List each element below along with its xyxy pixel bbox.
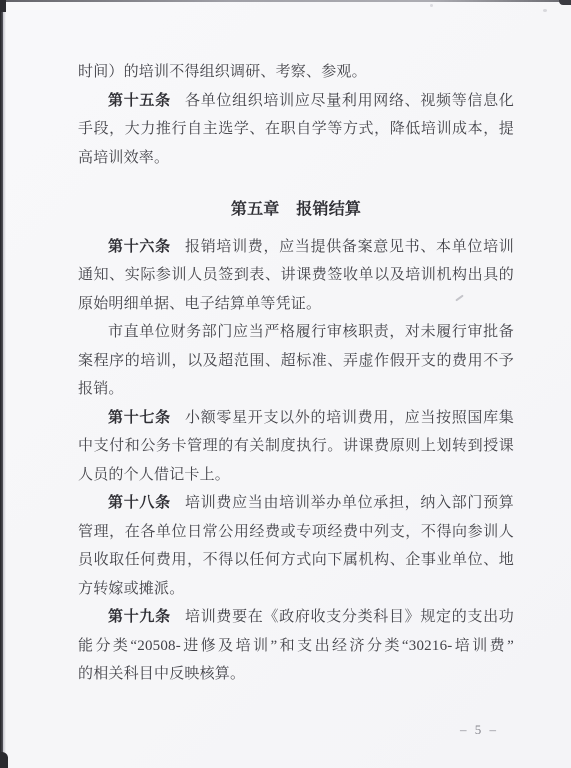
clause-number: 第十六条 xyxy=(108,239,171,255)
scan-artifact xyxy=(430,4,433,7)
text-line: 人员的个人借记卡上。 xyxy=(78,461,514,490)
text-line: 第十五条各单位组织培训应尽量利用网络、视频等信息化 xyxy=(78,87,514,116)
clause-number: 第十九条 xyxy=(108,609,171,625)
text-line: 市直单位财务部门应当严格履行审核职责，对未履行审批备 xyxy=(78,318,514,347)
line-text: 报销培训费，应当提供备案意见书、本单位培训 xyxy=(185,239,514,255)
line-text: 培训费应当由培训举办单位承担，纳入部门预算 xyxy=(185,495,514,511)
text-line: 第十七条小额零星开支以外的培训费用，应当按照国库集 xyxy=(78,404,514,433)
page-number: – 5 – xyxy=(460,722,499,738)
text-line: 时间）的培训不得组织调研、考察、参观。 xyxy=(78,58,514,87)
text-line: 员收取任何费用，不得以任何方式向下属机构、企事业单位、地 xyxy=(78,546,514,575)
text-line: 第十九条培训费要在《政府收支分类科目》规定的支出功 xyxy=(78,603,514,632)
scan-left-edge-shadow xyxy=(3,0,6,768)
scan-top-left-corner-mark xyxy=(0,0,6,12)
line-text: 培训费要在《政府收支分类科目》规定的支出功 xyxy=(185,609,514,625)
text-line: 案程序的培训，以及超范围、超标准、弄虚作假开支的费用不予 xyxy=(78,347,514,376)
scan-top-edge xyxy=(0,0,571,2)
text-line: 高培训效率。 xyxy=(78,144,514,173)
text-line: 能分类“20508-进修及培训”和支出经济分类“30216-培训费” xyxy=(78,632,514,661)
document-body: 时间）的培训不得组织调研、考察、参观。第十五条各单位组织培训应尽量利用网络、视频… xyxy=(78,58,514,689)
text-line: 中支付和公务卡管理的有关制度执行。讲课费原则上划转到授课 xyxy=(78,432,514,461)
text-line: 方转嫁或摊派。 xyxy=(78,575,514,604)
chapter-heading: 第五章报销结算 xyxy=(78,196,514,225)
chapter-number: 第五章 xyxy=(231,201,280,218)
line-text: 报销结算 xyxy=(296,201,361,218)
line-text: 小额零星开支以外的培训费用，应当按照国库集 xyxy=(185,410,514,426)
scan-top-right-corner-mark xyxy=(559,0,571,5)
clause-number: 第十七条 xyxy=(108,410,171,426)
clause-number: 第十八条 xyxy=(108,495,171,511)
text-line: 管理，在各单位日常公用经费或专项经费中列支，不得向参训人 xyxy=(78,518,514,547)
scan-bottom-left-mark xyxy=(0,752,8,768)
text-line: 通知、实际参训人员签到表、讲课费签收单以及培训机构出具的 xyxy=(78,261,514,290)
text-line: 原始明细单据、电子结算单等凭证。 xyxy=(78,290,514,319)
text-line: 的相关科目中反映核算。 xyxy=(78,660,514,689)
text-line: 第十八条培训费应当由培训举办单位承担，纳入部门预算 xyxy=(78,489,514,518)
text-line: 报销。 xyxy=(78,375,514,404)
line-text: 各单位组织培训应尽量利用网络、视频等信息化 xyxy=(185,93,514,109)
text-line: 手段，大力推行自主选学、在职自学等方式，降低培训成本，提 xyxy=(78,115,514,144)
scanned-document-page: 时间）的培训不得组织调研、考察、参观。第十五条各单位组织培训应尽量利用网络、视频… xyxy=(0,0,571,768)
clause-number: 第十五条 xyxy=(108,93,171,109)
scan-artifact xyxy=(543,9,547,12)
text-line: 第十六条报销培训费，应当提供备案意见书、本单位培训 xyxy=(78,233,514,262)
